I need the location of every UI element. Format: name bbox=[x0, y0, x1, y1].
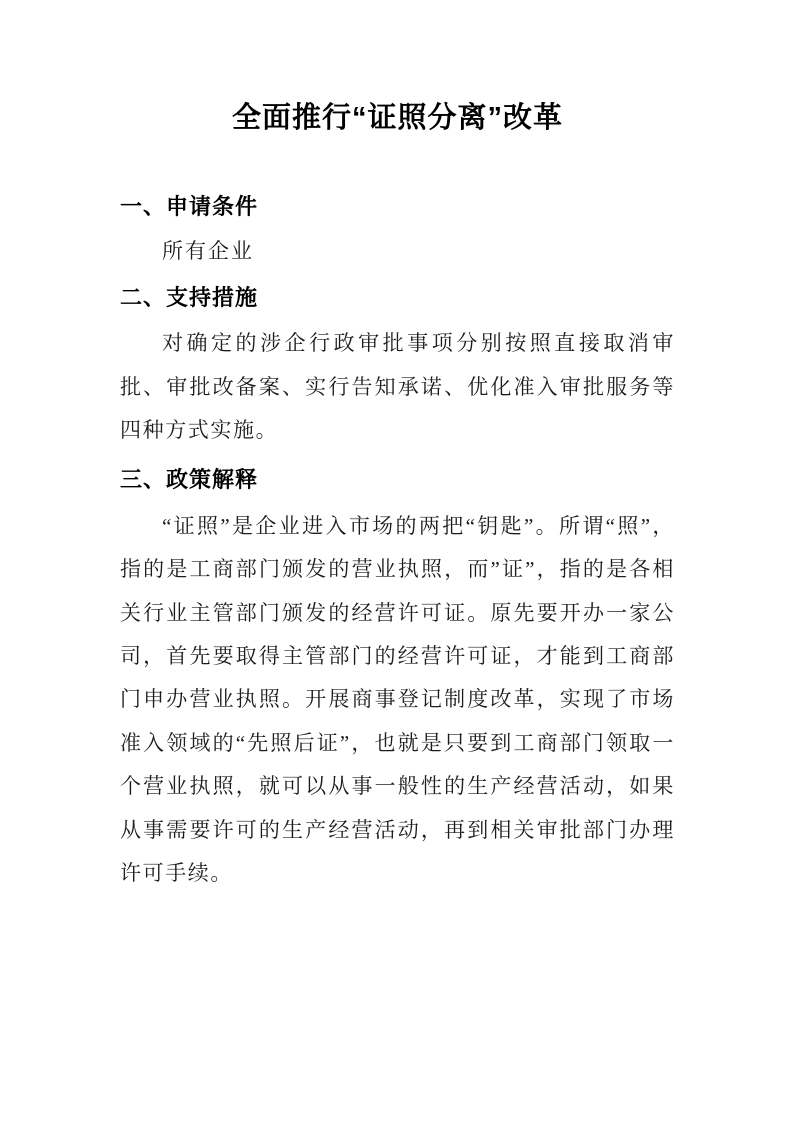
section-heading-policy-interpretation: 三、政策解释 bbox=[120, 465, 675, 495]
section-body-support-measures: 对确定的涉企行政审批事项分别按照直接取消审批、审批改备案、实行告知承诺、优化准入… bbox=[120, 322, 675, 452]
document-page: 全面推行“证照分离”改革 一、申请条件 所有企业 二、支持措施 对确定的涉企行政… bbox=[0, 0, 793, 1122]
page-title: 全面推行“证照分离”改革 bbox=[120, 100, 675, 136]
section-body-policy-interpretation: “证照”是企业进入市场的两把“钥匙”。所谓“照”，指的是工商部门颁发的营业执照，… bbox=[120, 505, 675, 896]
section-heading-application-conditions: 一、申请条件 bbox=[120, 192, 675, 222]
section-body-application-conditions: 所有企业 bbox=[120, 232, 675, 271]
section-heading-support-measures: 二、支持措施 bbox=[120, 283, 675, 313]
